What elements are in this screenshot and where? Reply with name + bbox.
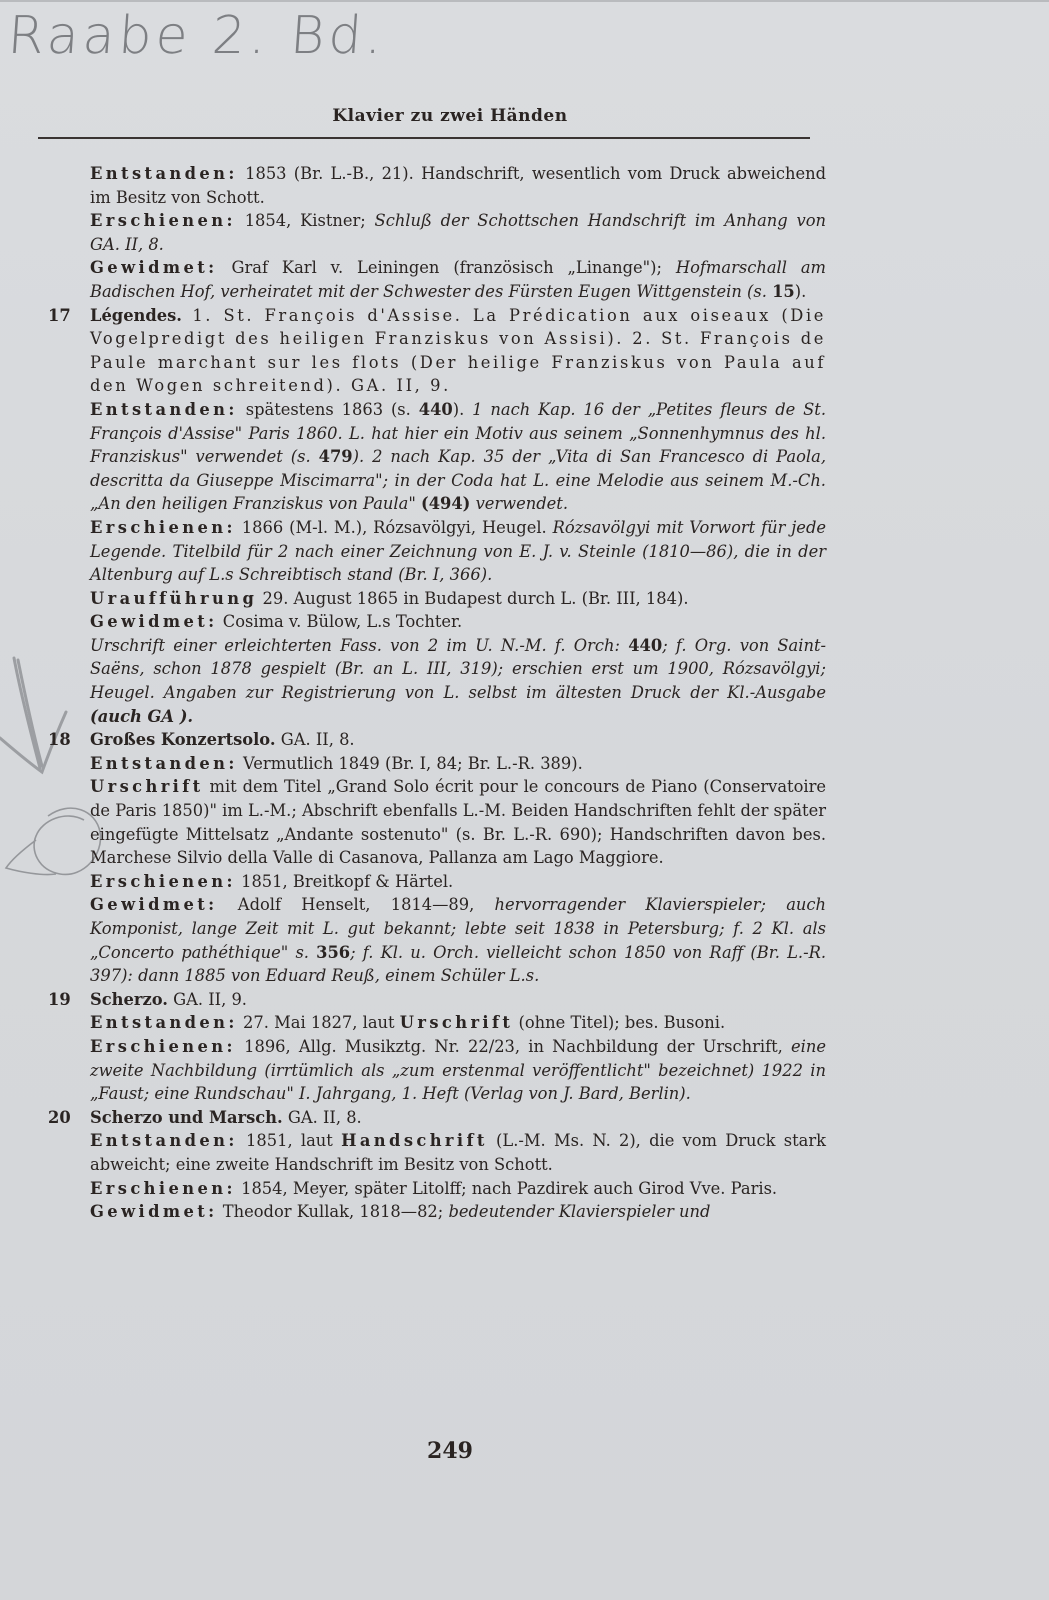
page-reference: 440 bbox=[628, 636, 662, 655]
field-value: Graf Karl v. Leiningen (französisch „Lin… bbox=[218, 258, 676, 277]
entry-18-urschrift: Urschrift mit dem Titel „Grand Solo écri… bbox=[42, 775, 826, 869]
catalog-entry-18: 18 Großes Konzertsolo. GA. II, 8. bbox=[42, 728, 826, 752]
entry-17-erschienen: Erschienen: 1866 (M-l. M.), Rózsavölgyi,… bbox=[42, 516, 826, 587]
field-label-gewidmet: Gewidmet: bbox=[90, 258, 218, 277]
entry-17-urauffuehrung: Uraufführung 29. August 1865 in Budapest… bbox=[42, 587, 826, 611]
entry-number: 18 bbox=[48, 728, 88, 752]
page-reference: 479 bbox=[319, 447, 353, 466]
entry-18-erschienen: Erschienen: 1851, Breitkopf & Härtel. bbox=[42, 870, 826, 894]
page-edge bbox=[0, 0, 1049, 2]
field-label-erschienen: Erschienen: bbox=[90, 211, 236, 230]
header-rule bbox=[38, 137, 810, 139]
catalog-entry-19: 19 Scherzo. GA. II, 9. bbox=[42, 988, 826, 1012]
field-label-entstanden: Entstanden: bbox=[90, 164, 238, 183]
entry-title: Scherzo. bbox=[90, 990, 168, 1009]
continued-entry-gewidmet: Gewidmet: Graf Karl v. Leiningen (franzö… bbox=[42, 256, 826, 303]
entry-19-entstanden: Entstanden: 27. Mai 1827, laut Urschrift… bbox=[42, 1011, 826, 1035]
entry-20-entstanden: Entstanden: 1851, laut Handschrift (L.-M… bbox=[42, 1129, 826, 1176]
entry-number: 19 bbox=[48, 988, 88, 1012]
catalog-entry-17: 17 Légendes. 1. St. François d'Assise. L… bbox=[42, 304, 826, 398]
book-page: Raabe 2. Bd. Klavier zu zwei Händen Ents… bbox=[0, 0, 1049, 1600]
entry-17-note: Urschrift einer erleichterten Fass. von … bbox=[42, 634, 826, 728]
entry-title: Légendes. bbox=[90, 306, 182, 325]
page-reference: (494) bbox=[421, 494, 470, 513]
entry-18-entstanden: Entstanden: Vermutlich 1849 (Br. I, 84; … bbox=[42, 752, 826, 776]
pencil-arrow-shaft bbox=[14, 658, 40, 768]
field-value: 1854, Kistner; bbox=[236, 211, 375, 230]
entry-subtitle: GA. II, 8. bbox=[283, 1108, 362, 1127]
entry-18-gewidmet: Gewidmet: Adolf Henselt, 1814—89, hervor… bbox=[42, 893, 826, 987]
handwritten-note: Raabe 2. Bd. bbox=[6, 6, 388, 66]
continued-entry-erschienen: Erschienen: 1854, Kistner; Schluß der Sc… bbox=[42, 209, 826, 256]
entry-number: 17 bbox=[48, 304, 88, 328]
entry-list: Entstanden: 1853 (Br. L.-B., 21). Handsc… bbox=[42, 162, 826, 1224]
entry-subtitle: GA. II, 9. bbox=[168, 990, 247, 1009]
entry-subtitle: 1. St. François d'Assise. La Prédication… bbox=[90, 306, 826, 396]
entry-17-entstanden: Entstanden: spätestens 1863 (s. 440). 1 … bbox=[42, 398, 826, 516]
entry-17-gewidmet: Gewidmet: Cosima v. Bülow, L.s Tochter. bbox=[42, 610, 826, 634]
page-reference: 356 bbox=[316, 943, 350, 962]
entry-19-erschienen: Erschienen: 1896, Allg. Musikztg. Nr. 22… bbox=[42, 1035, 826, 1106]
entry-20-erschienen: Erschienen: 1854, Meyer, später Litolff;… bbox=[42, 1177, 826, 1201]
page-number: 249 bbox=[0, 1438, 900, 1464]
continued-entry: Entstanden: 1853 (Br. L.-B., 21). Handsc… bbox=[42, 162, 826, 209]
entry-title: Scherzo und Marsch. bbox=[90, 1108, 283, 1127]
page-reference: 440 bbox=[419, 400, 453, 419]
page-reference: 15 bbox=[772, 282, 795, 301]
running-head: Klavier zu zwei Händen bbox=[90, 106, 810, 126]
entry-title: Großes Konzertsolo. bbox=[90, 730, 276, 749]
entry-subtitle: GA. II, 8. bbox=[276, 730, 355, 749]
entry-20-gewidmet: Gewidmet: Theodor Kullak, 1818—82; bedeu… bbox=[42, 1200, 826, 1224]
entry-number: 20 bbox=[48, 1106, 88, 1130]
catalog-entry-20: 20 Scherzo und Marsch. GA. II, 8. bbox=[42, 1106, 826, 1130]
